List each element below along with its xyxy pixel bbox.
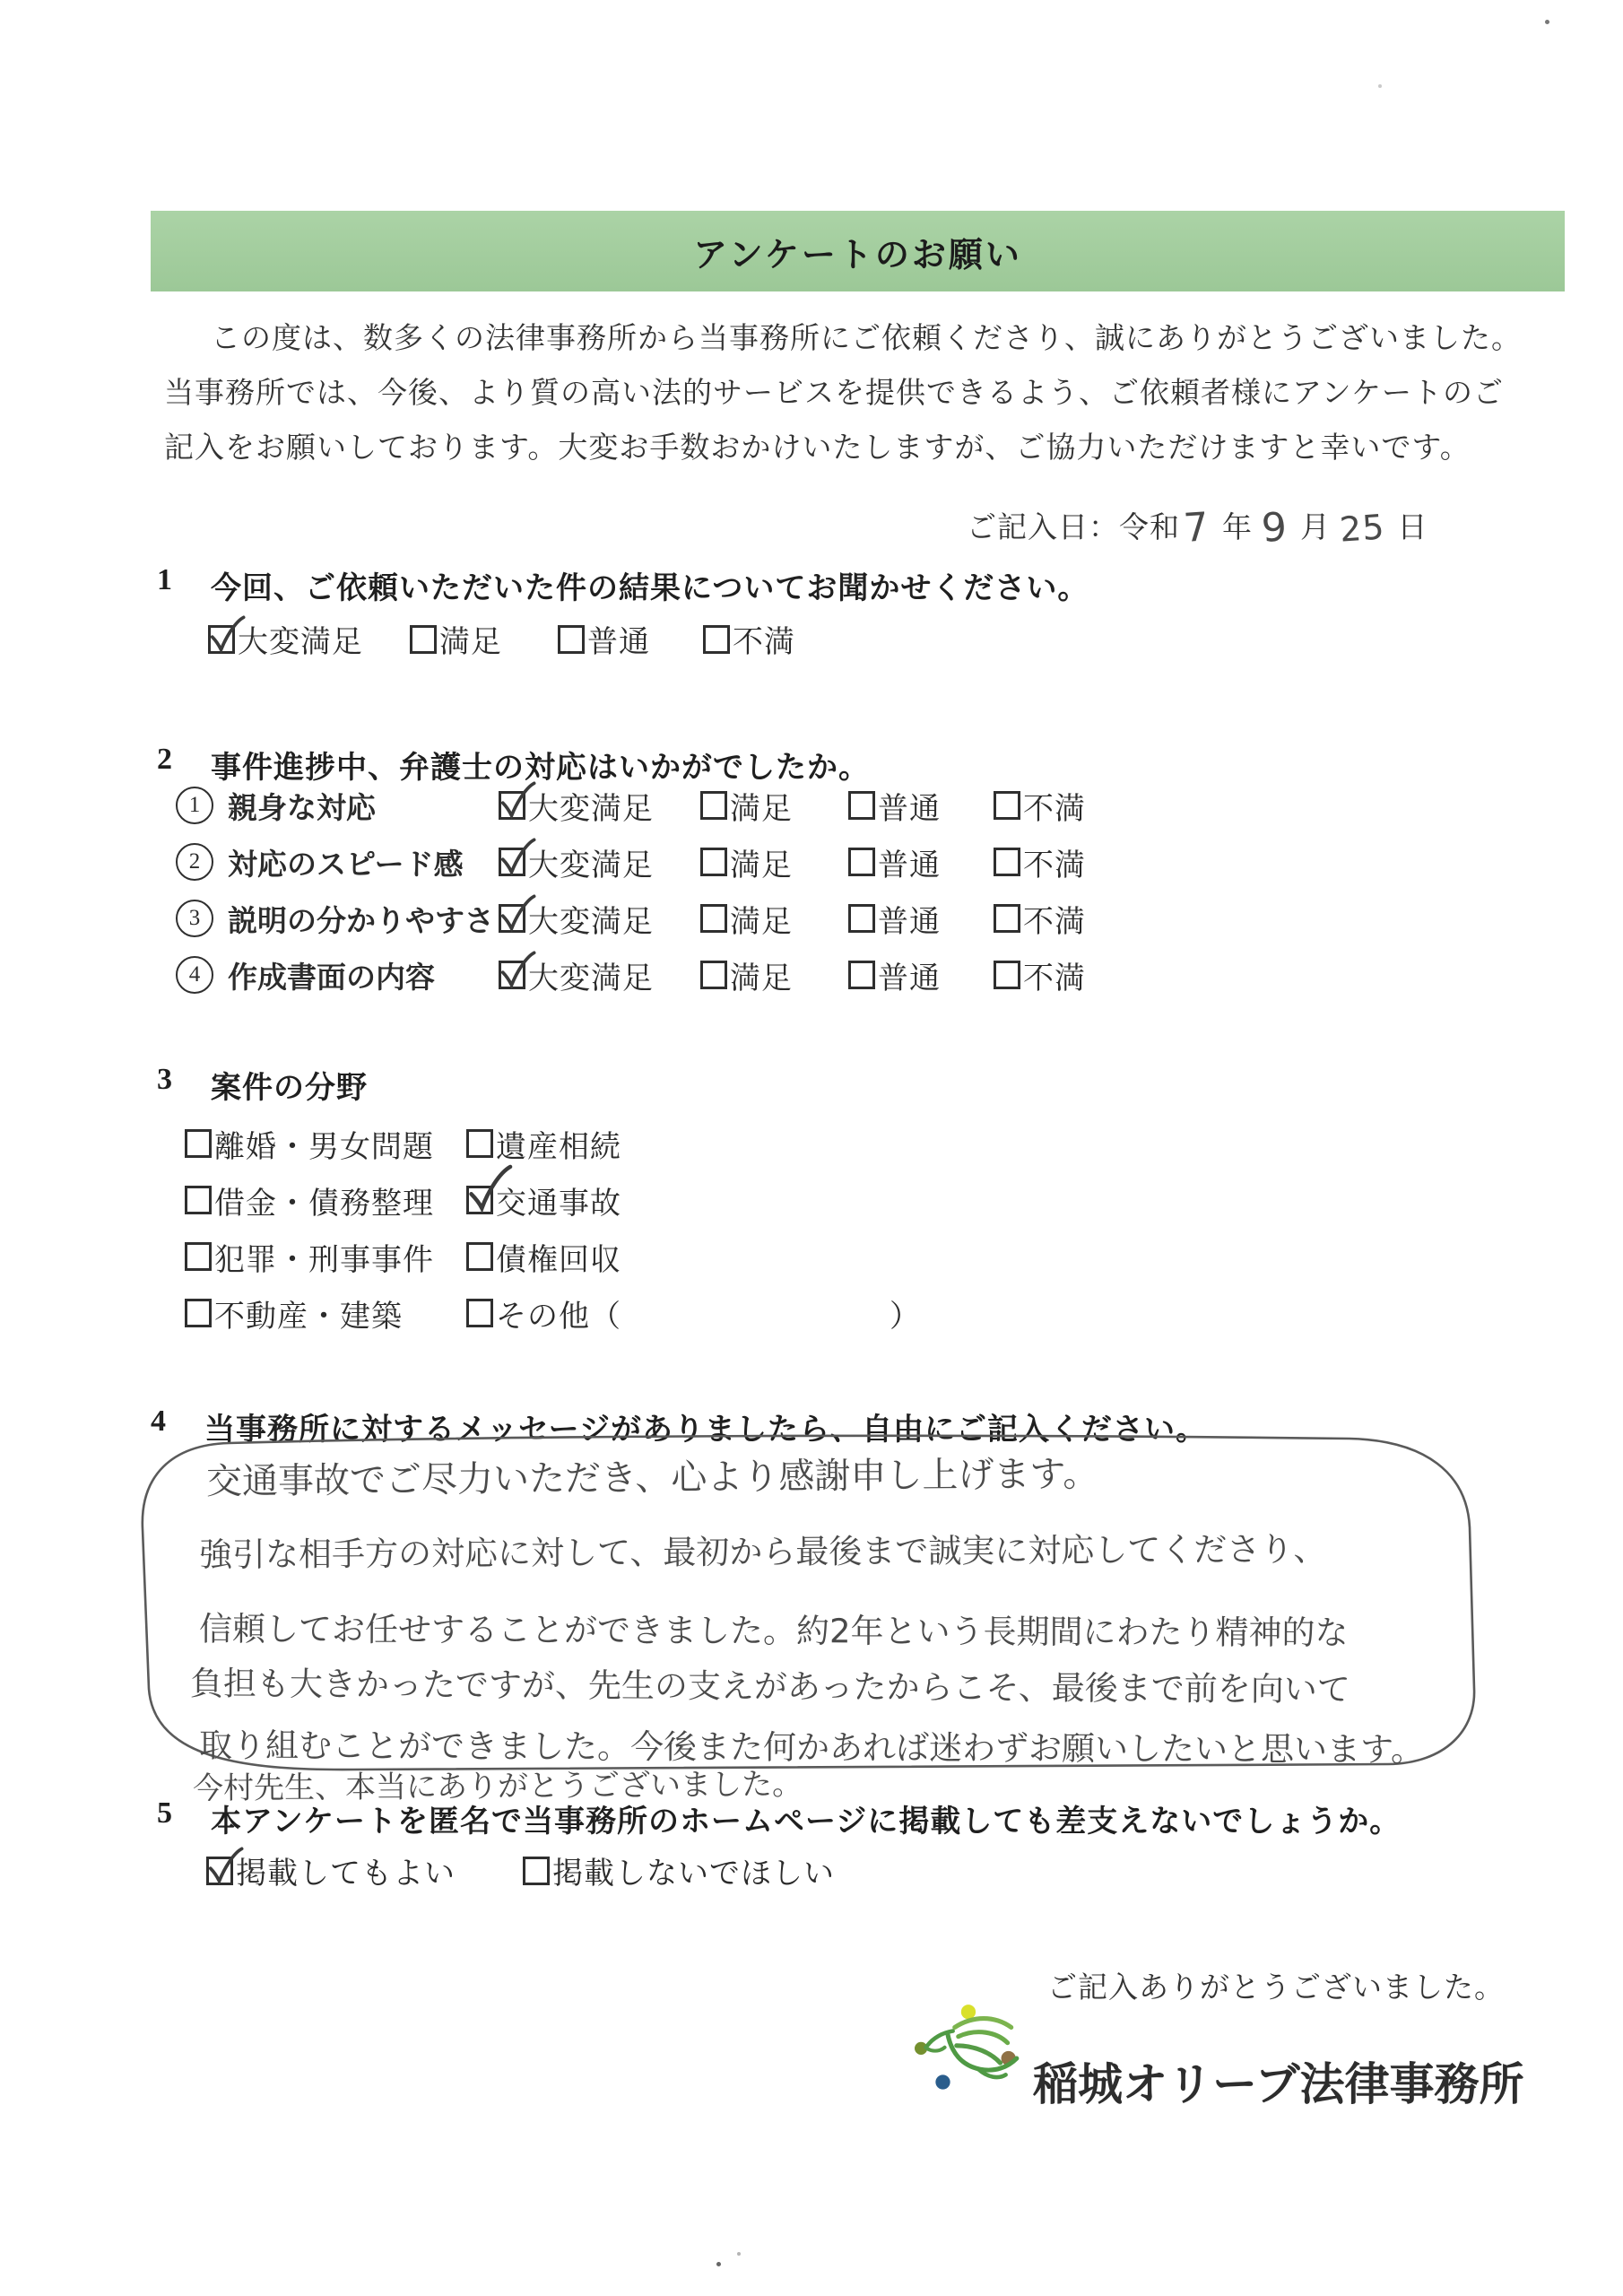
checkbox[interactable] — [848, 961, 875, 989]
checkbox-checked[interactable] — [208, 625, 235, 654]
option-label: 掲載しないでほしい — [552, 1848, 835, 1892]
option-neutral: 普通 — [558, 617, 703, 661]
q3-row-1: 離婚・男女問題 遺産相続 — [185, 1124, 621, 1163]
banner: アンケートのお願い — [151, 211, 1565, 291]
q1-heading: 1 今回、ご依頼いただいた件の結果についてお聞かせください。 — [157, 563, 1089, 607]
checkbox[interactable] — [848, 848, 875, 876]
option-label: 大変満足 — [528, 840, 654, 884]
q3-number: 3 — [157, 1063, 211, 1107]
checkbox[interactable] — [700, 791, 727, 820]
q2-row-2: 2 対応のスピード感 大変満足 満足 普通 不満 — [176, 842, 1086, 882]
q3-row-4: 不動産・建築 その他（） — [185, 1293, 920, 1333]
q2-row-1: 1 親身な対応 大変満足 満足 普通 不満 — [176, 786, 1086, 825]
q2-item-label: 対応のスピード感 — [228, 841, 499, 883]
survey-scan-page: アンケートのお願い この度は、数多くの法律事務所から当事務所にご依頼くださり、誠… — [0, 0, 1623, 2296]
q3-heading: 3 案件の分野 — [157, 1063, 368, 1107]
scan-speck — [737, 2252, 741, 2256]
circled-number: 4 — [176, 956, 213, 994]
option-no-publish: 掲載しないでほしい — [523, 1848, 835, 1892]
checkbox-checked[interactable] — [499, 791, 525, 820]
q3-row-3: 犯罪・刑事事件 債権回収 — [185, 1237, 621, 1276]
q5-heading: 5 本アンケートを匿名で当事務所のホームページに掲載しても差支えないでしょうか。 — [157, 1796, 1401, 1840]
checkmark-icon — [495, 836, 538, 879]
option-label: 普通 — [878, 784, 941, 828]
q3-row-2: 借金・債務整理 交通事故 — [185, 1180, 621, 1220]
option-label: 大変満足 — [528, 953, 654, 997]
scan-speck — [1545, 20, 1549, 24]
q1-options: 大変満足 満足 普通 不満 — [208, 617, 795, 661]
date-prefix: ご記入日：令和 — [967, 504, 1180, 546]
handwritten-day: 25 — [1339, 509, 1386, 547]
checkbox[interactable] — [994, 791, 1020, 820]
option-label: 満足 — [730, 840, 793, 884]
intro-line: この度は、数多くの法律事務所から当事務所にご依頼くださり、誠にありがとうございま… — [164, 312, 1491, 367]
circled-number: 2 — [176, 843, 213, 881]
handwritten-line: 強引な相手方の対応に対して、最初から最後まで誠実に対応してくださり、 — [199, 1522, 1327, 1577]
scan-speck — [716, 2262, 721, 2266]
option-label: 大変満足 — [528, 784, 654, 828]
checkbox-checked[interactable] — [499, 961, 525, 989]
checkbox[interactable] — [994, 904, 1020, 933]
q2-item-label: 説明の分かりやすさ — [228, 898, 499, 940]
olive-bird-logo-icon — [915, 2000, 1028, 2113]
fill-in-date: ご記入日：令和 7 年 9 月 25 日 — [967, 504, 1433, 546]
checkmark-icon — [495, 779, 538, 822]
q2-item-label: 親身な対応 — [228, 785, 499, 827]
q2-row-3: 3 説明の分かりやすさ 大変満足 満足 普通 不満 — [176, 899, 1086, 938]
handwritten-year: 7 — [1183, 509, 1211, 547]
q1-title: 今回、ご依頼いただいた件の結果についてお聞かせください。 — [211, 563, 1089, 607]
circled-number: 3 — [176, 900, 213, 937]
checkbox[interactable] — [700, 961, 727, 989]
option-label: 不動産・建築 — [214, 1291, 403, 1335]
checkbox[interactable] — [466, 1129, 493, 1158]
intro-line: 当事務所では、今後、より質の高い法的サービスを提供できるよう、ご依頼者様にアンケ… — [164, 367, 1491, 422]
other-open-paren: （ — [590, 1291, 621, 1335]
option-label: 債権回収 — [496, 1235, 621, 1279]
option-label: 犯罪・刑事事件 — [214, 1235, 434, 1279]
checkbox[interactable] — [466, 1242, 493, 1271]
q5-number: 5 — [157, 1796, 211, 1840]
month-unit: 月 — [1300, 504, 1331, 546]
intro-line: 記入をお願いしております。大変お手数おかけいたしますが、ご協力いただけますと幸い… — [164, 422, 1491, 476]
q2-row-4: 4 作成書面の内容 大変満足 満足 普通 不満 — [176, 955, 1086, 995]
option-label: 普通 — [878, 897, 941, 941]
checkmark-icon — [495, 949, 538, 992]
q5-options: 掲載してもよい 掲載しないでほしい — [206, 1848, 835, 1892]
checkbox-checked[interactable] — [499, 848, 525, 876]
option-very-satisfied: 大変満足 — [208, 617, 410, 661]
handwritten-month: 9 — [1261, 509, 1289, 547]
option-label: 普通 — [878, 840, 941, 884]
q3-title: 案件の分野 — [211, 1063, 368, 1107]
q1-number: 1 — [157, 563, 211, 607]
checkbox[interactable] — [558, 625, 585, 654]
thanks-message: ご記入ありがとうございました。 — [1047, 1964, 1505, 2006]
checkbox[interactable] — [466, 1299, 493, 1327]
option-label: 不満 — [733, 617, 795, 661]
checkbox[interactable] — [185, 1242, 212, 1271]
checkbox[interactable] — [848, 791, 875, 820]
option-label: 不満 — [1023, 897, 1086, 941]
option-label: 不満 — [1023, 784, 1086, 828]
option-dissatisfied: 不満 — [703, 617, 795, 661]
option-label: 普通 — [878, 953, 941, 997]
q2-title: 事件進捗中、弁護士の対応はいかがでしたか。 — [211, 743, 870, 787]
checkmark-icon — [203, 1845, 246, 1888]
option-label: その他 — [496, 1291, 590, 1335]
handwritten-line: 負担も大きかったですが、先生の支えがあったからこそ、最後まで前を向いて — [190, 1657, 1350, 1711]
checkbox-checked[interactable] — [499, 904, 525, 933]
checkbox[interactable] — [185, 1186, 212, 1214]
day-unit: 日 — [1397, 504, 1428, 546]
option-label: 借金・債務整理 — [214, 1178, 434, 1222]
option-label: 交通事故 — [496, 1178, 621, 1222]
checkbox[interactable] — [703, 625, 730, 654]
option-label: 不満 — [1023, 840, 1086, 884]
checkbox-checked[interactable] — [206, 1857, 233, 1885]
option-label: 満足 — [439, 617, 502, 661]
checkbox[interactable] — [410, 625, 437, 654]
checkbox[interactable] — [185, 1299, 212, 1327]
intro-paragraph: この度は、数多くの法律事務所から当事務所にご依頼くださり、誠にありがとうございま… — [164, 312, 1491, 476]
checkmark-icon — [495, 892, 538, 935]
q2-item-label: 作成書面の内容 — [228, 954, 499, 996]
checkmark-icon — [462, 1163, 514, 1215]
scan-speck — [1378, 84, 1382, 88]
other-close-paren: ） — [890, 1291, 920, 1335]
page-title: アンケートのお願い — [693, 227, 1022, 276]
option-label: 不満 — [1023, 953, 1086, 997]
checkbox[interactable] — [700, 904, 727, 933]
handwritten-line: 信頼してお任せすることができました。約2年という長期間にわたり精神的な — [199, 1602, 1349, 1654]
option-label: 満足 — [730, 897, 793, 941]
option-label: 離婚・男女問題 — [214, 1122, 434, 1166]
checkbox[interactable] — [848, 904, 875, 933]
option-label: 大変満足 — [528, 897, 654, 941]
checkmark-icon — [204, 613, 247, 657]
option-label: 満足 — [730, 784, 793, 828]
circled-number: 1 — [176, 787, 213, 824]
checkbox-checked[interactable] — [466, 1186, 493, 1214]
checkbox[interactable] — [994, 961, 1020, 989]
checkbox[interactable] — [994, 848, 1020, 876]
handwritten-line: 交通事故でご尽力いただき、心より感謝申し上げます。 — [206, 1446, 1099, 1505]
option-allow-publish: 掲載してもよい — [206, 1848, 523, 1892]
firm-name: 稲城オリーブ法律事務所 — [1033, 2048, 1524, 2113]
option-label: 満足 — [730, 953, 793, 997]
option-label: 普通 — [587, 617, 650, 661]
option-label: 大変満足 — [238, 617, 363, 661]
option-satisfied: 満足 — [410, 617, 558, 661]
year-unit: 年 — [1222, 504, 1253, 546]
checkbox[interactable] — [185, 1129, 212, 1158]
q5-title: 本アンケートを匿名で当事務所のホームページに掲載しても差支えないでしょうか。 — [211, 1796, 1401, 1840]
option-label: 遺産相続 — [496, 1122, 621, 1166]
checkbox[interactable] — [700, 848, 727, 876]
option-label: 掲載してもよい — [236, 1848, 456, 1892]
checkbox[interactable] — [523, 1857, 550, 1885]
q2-number: 2 — [157, 743, 211, 787]
